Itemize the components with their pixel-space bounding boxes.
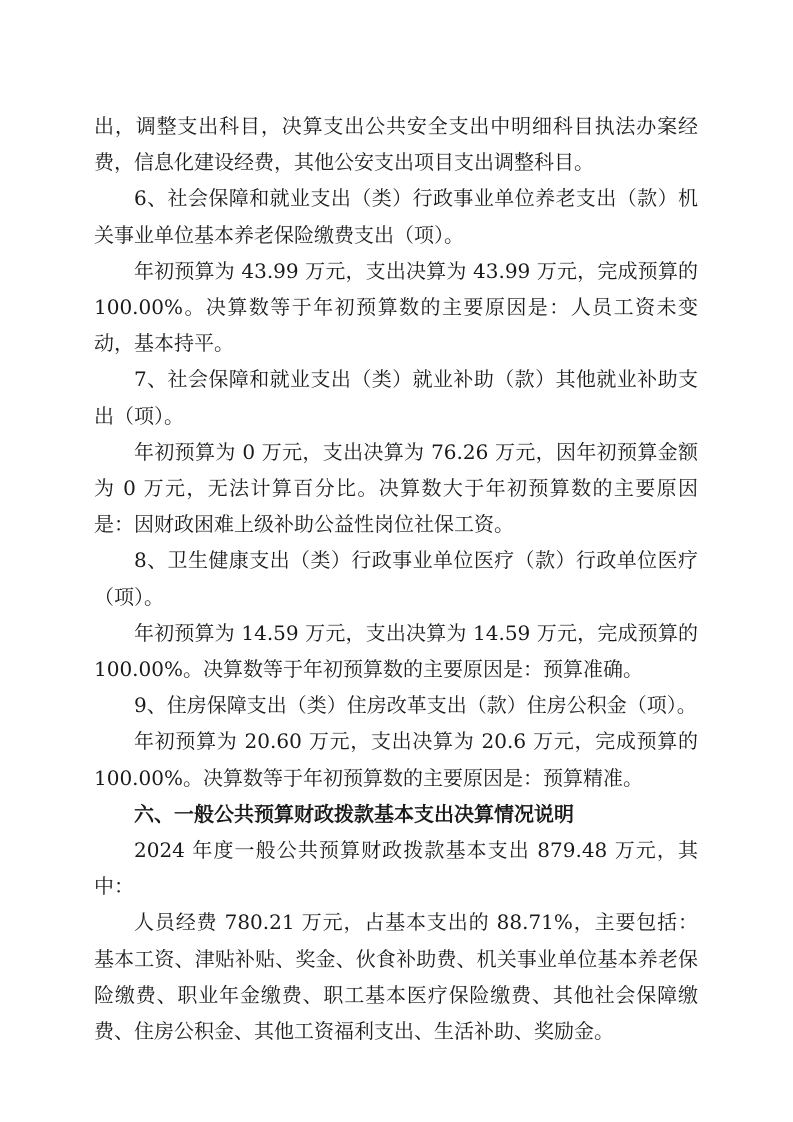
document-page: 出，调整支出科目，决算支出公共安全支出中明细科目执法办案经费，信息化建设经费，其… bbox=[94, 108, 698, 1049]
item-6-title: 6、社会保障和就业支出（类）行政事业单位养老支出（款）机关事业单位基本养老保险缴… bbox=[94, 180, 698, 252]
item-7-title: 7、社会保障和就业支出（类）就业补助（款）其他就业补助支出（项）。 bbox=[94, 361, 698, 433]
section-6-summary: 2024 年度一般公共预算财政拨款基本支出 879.48 万元，其中： bbox=[94, 832, 698, 904]
personnel-expenses-paragraph: 人员经费 780.21 万元，占基本支出的 88.71%，主要包括：基本工资、津… bbox=[94, 904, 698, 1049]
paragraph-continuation: 出，调整支出科目，决算支出公共安全支出中明细科目执法办案经费，信息化建设经费，其… bbox=[94, 108, 698, 180]
item-7-body: 年初预算为 0 万元，支出决算为 76.26 万元，因年初预算金额为 0 万元，… bbox=[94, 434, 698, 543]
item-9-body: 年初预算为 20.60 万元，支出决算为 20.6 万元，完成预算的100.00… bbox=[94, 723, 698, 795]
item-8-body: 年初预算为 14.59 万元，支出决算为 14.59 万元，完成预算的100.0… bbox=[94, 615, 698, 687]
item-8-title: 8、卫生健康支出（类）行政事业单位医疗（款）行政单位医疗（项）。 bbox=[94, 542, 698, 614]
item-6-body: 年初预算为 43.99 万元，支出决算为 43.99 万元，完成预算的100.0… bbox=[94, 253, 698, 362]
item-9-title: 9、住房保障支出（类）住房改革支出（款）住房公积金（项）。 bbox=[94, 687, 698, 723]
section-6-heading: 六、一般公共预算财政拨款基本支出决算情况说明 bbox=[94, 796, 698, 832]
